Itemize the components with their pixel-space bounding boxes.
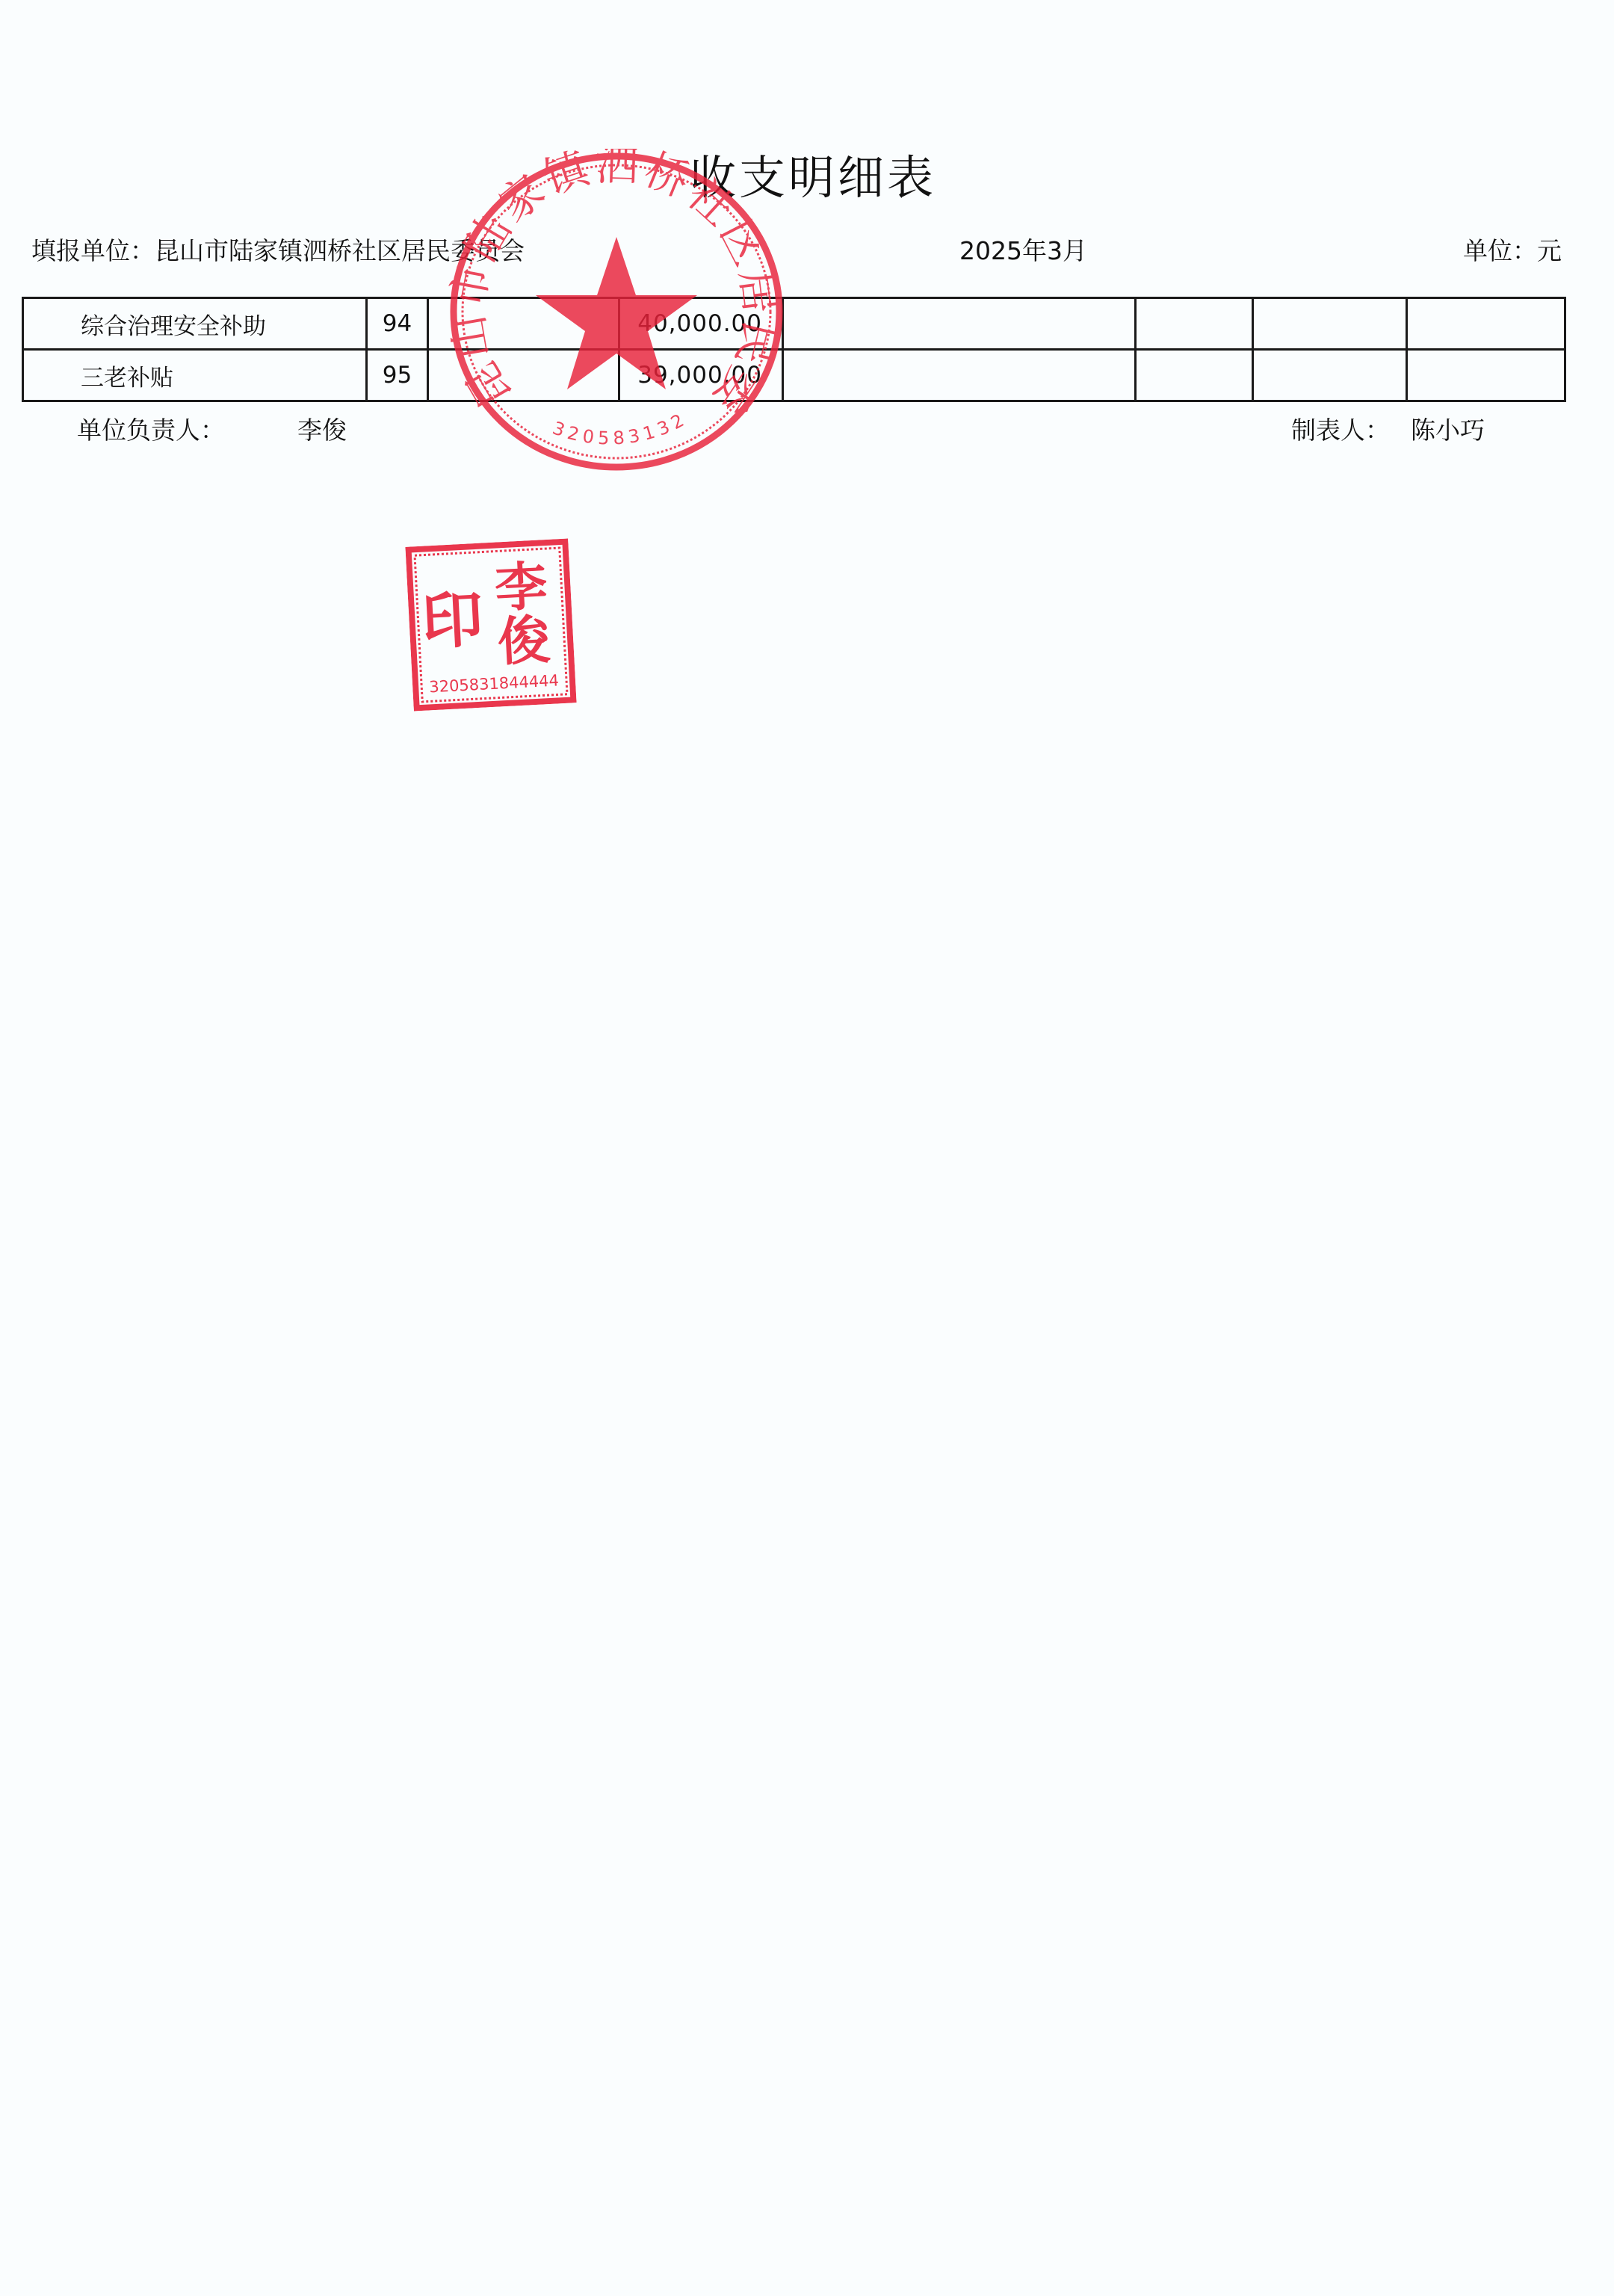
currency-unit: 单位：元 <box>1463 232 1562 267</box>
amount-cell: 39,000.00 <box>619 350 783 401</box>
empty-cell <box>1136 298 1253 350</box>
empty-cell <box>428 350 619 401</box>
seal-name-bottom: 俊 <box>496 609 551 673</box>
empty-cell <box>1407 350 1565 401</box>
amount-cell: 40,000.00 <box>619 298 783 350</box>
item-code-cell: 95 <box>367 350 428 401</box>
seal-name-top: 李 <box>493 555 548 620</box>
preparer-name: 陈小巧 <box>1411 411 1485 446</box>
empty-cell <box>783 298 1136 350</box>
reporting-unit: 填报单位：昆山市陆家镇泗桥社区居民委员会 <box>31 232 525 267</box>
personal-seal-code: 3205831844444 <box>429 671 560 696</box>
ledger-table: 综合治理安全补助 94 40,000.00 三老补贴 95 39,000.00 <box>22 297 1566 402</box>
empty-cell <box>1407 298 1565 350</box>
preparer-label: 制表人： <box>1291 411 1390 446</box>
table-row: 综合治理安全补助 94 40,000.00 <box>23 298 1565 350</box>
item-code-cell: 94 <box>367 298 428 350</box>
reporting-unit-value: 昆山市陆家镇泗桥社区居民委员会 <box>155 236 525 265</box>
empty-cell <box>1253 298 1407 350</box>
seal-suffix: 印 <box>420 584 485 658</box>
report-period: 2025年3月 <box>959 232 1087 267</box>
empty-cell <box>783 350 1136 401</box>
empty-cell <box>1136 350 1253 401</box>
empty-cell <box>428 298 619 350</box>
item-name-cell: 综合治理安全补助 <box>23 298 367 350</box>
table-row: 三老补贴 95 39,000.00 <box>23 350 1565 401</box>
page-title: 收支明细表 <box>0 141 1614 207</box>
empty-cell <box>1253 350 1407 401</box>
personal-seal-stamp: 印 李 俊 3205831844444 <box>405 538 576 711</box>
leader-label: 单位负责人： <box>77 411 225 446</box>
reporting-unit-label: 填报单位： <box>31 236 155 265</box>
item-name-cell: 三老补贴 <box>23 350 367 401</box>
leader-name: 李俊 <box>297 411 347 446</box>
